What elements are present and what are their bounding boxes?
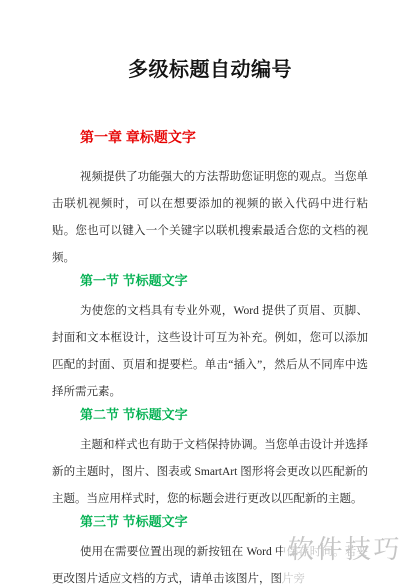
section-paragraph-1: 为使您的文档具有专业外观，Word 提供了页眉、页脚、封面和文本框设计，这些设计… [52, 298, 368, 406]
chapter-paragraph: 视频提供了功能强大的方法帮助您证明您的观点。当您单击联机视频时，可以在想要添加的… [52, 164, 368, 272]
chapter-heading: 第一章 章标题文字 [80, 128, 368, 146]
section-heading-2: 第二节 节标题文字 [80, 406, 368, 424]
section-heading-1: 第一节 节标题文字 [80, 272, 368, 290]
section-paragraph-2: 主题和样式也有助于文档保持协调。当您单击设计并选择新的主题时，图片、图表或 Sm… [52, 432, 368, 513]
watermark-overlay: 软件技巧 [283, 507, 415, 586]
document-page: 多级标题自动编号 第一章 章标题文字 视频提供了功能强大的方法帮助您证明您的观点… [0, 0, 415, 586]
document-title: 多级标题自动编号 [52, 57, 368, 83]
watermark-text: 软件技巧 [288, 534, 402, 564]
